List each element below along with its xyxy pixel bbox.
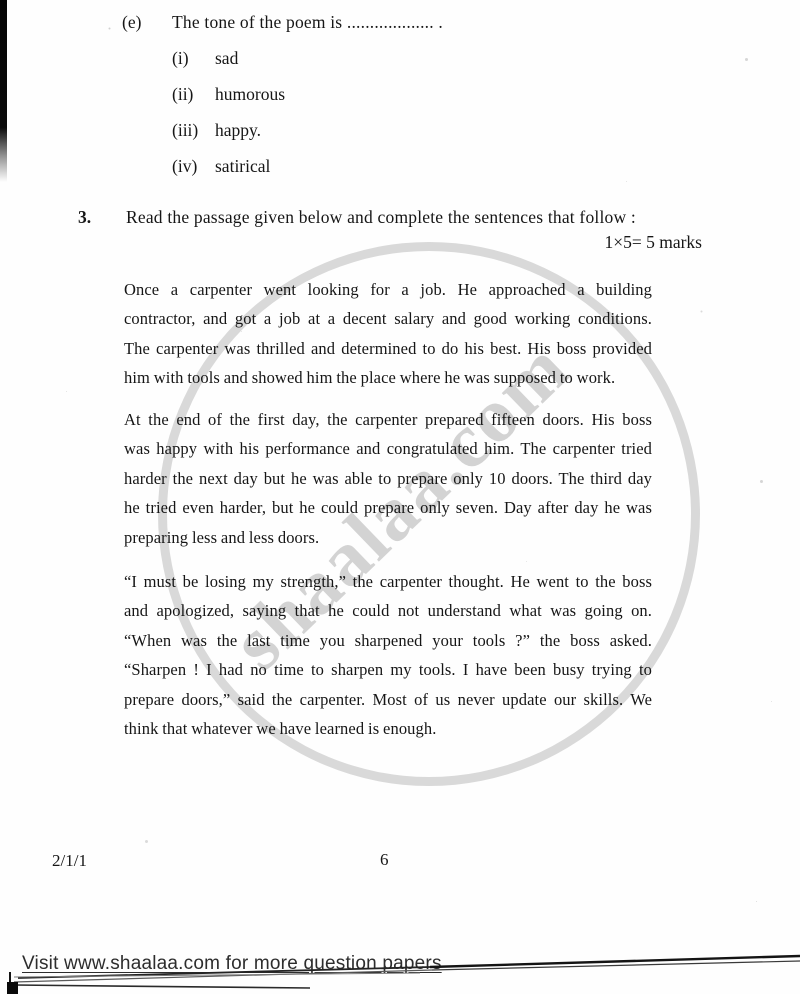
- passage-line: “Sharpen ! I had no time to sharpen my t…: [124, 655, 652, 684]
- option-ii-num: (ii): [172, 84, 193, 105]
- passage-line: Once a carpenter went looking for a job.…: [124, 275, 652, 304]
- question-e-text: The tone of the poem is ................…: [172, 12, 443, 33]
- passage-line: “I must be losing my strength,” the carp…: [124, 567, 652, 596]
- option-iv-text: satirical: [215, 156, 270, 177]
- scan-speckles: [745, 58, 748, 61]
- passage-line: think that whatever we have learned is e…: [124, 714, 652, 743]
- option-i-num: (i): [172, 48, 189, 69]
- passage-line: he tried even harder, but he could prepa…: [124, 493, 652, 522]
- page-number: 6: [380, 850, 389, 870]
- passage-line: preparing less and less doors.: [124, 523, 652, 552]
- scan-edge-strip: [0, 0, 7, 182]
- passage-line: him with tools and showed him the place …: [124, 363, 652, 392]
- option-iii-text: happy.: [215, 120, 261, 141]
- option-ii-text: humorous: [215, 84, 285, 105]
- passage-paragraph-2: At the end of the first day, the carpent…: [124, 405, 652, 552]
- option-iv-num: (iv): [172, 156, 197, 177]
- passage-line: and apologized, saying that he could not…: [124, 596, 652, 625]
- passage-line: contractor, and got a job at a decent sa…: [124, 304, 652, 333]
- passage-line: prepare doors,” said the carpenter. Most…: [124, 685, 652, 714]
- passage-line: The carpenter was thrilled and determine…: [124, 334, 652, 363]
- passage-line: At the end of the first day, the carpent…: [124, 405, 652, 434]
- question-e-label: (e): [122, 12, 141, 33]
- shaalaa-promo-link[interactable]: Visit www.shaalaa.com for more question …: [22, 953, 442, 975]
- passage-paragraph-3: “I must be losing my strength,” the carp…: [124, 567, 652, 743]
- passage-line: harder the next day but he was able to p…: [124, 464, 652, 493]
- passage-line: “When was the last time you sharpened yo…: [124, 626, 652, 655]
- passage-line: was happy with his performance and congr…: [124, 434, 652, 463]
- option-i-text: sad: [215, 48, 238, 69]
- passage-paragraph-1: Once a carpenter went looking for a job.…: [124, 275, 652, 393]
- question-3-text: Read the passage given below and complet…: [126, 207, 636, 228]
- question-3-number: 3.: [78, 207, 91, 228]
- paper-code: 2/1/1: [52, 851, 87, 871]
- question-3-marks: 1×5= 5 marks: [604, 232, 702, 253]
- option-iii-num: (iii): [172, 120, 198, 141]
- scanned-exam-page: shaalaa.com (e) The tone of the poem is …: [0, 0, 800, 994]
